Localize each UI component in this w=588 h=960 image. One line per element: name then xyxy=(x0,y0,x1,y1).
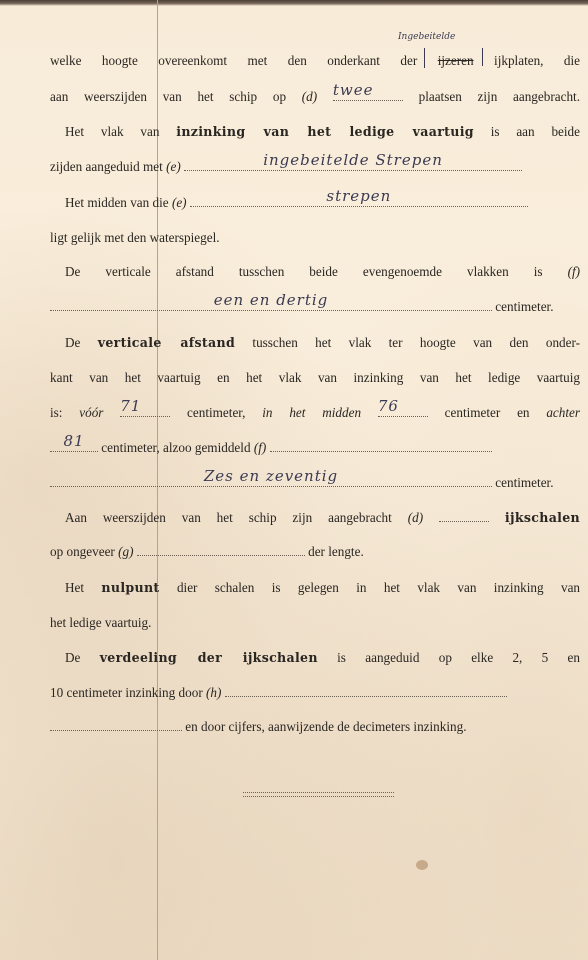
field-g-length[interactable] xyxy=(137,543,305,556)
text-line-3: Het vlak van inzinking van het ledige va… xyxy=(65,123,580,141)
field-f-average[interactable]: Zes en zeventig xyxy=(50,474,492,487)
text-line-5: Het midden van die (e) strepen xyxy=(65,194,588,212)
text-line-8: een en dertig centimeter. xyxy=(50,298,580,316)
text-line-11: is: vóór 71 centimeter, in het midden 76… xyxy=(50,404,580,422)
field-d-count[interactable]: twee xyxy=(333,88,403,101)
field-f-distance[interactable]: een en dertig xyxy=(50,298,492,311)
text-line-10: kant van het vaartuig en het vlak van in… xyxy=(50,369,580,387)
paper-stain xyxy=(416,860,428,870)
field-d-scales[interactable] xyxy=(439,509,489,522)
text-line-12: 81 centimeter, alzoo gemiddeld (f) xyxy=(50,439,580,457)
end-rule xyxy=(243,792,394,797)
struck-word: ijzeren xyxy=(438,53,474,68)
field-e-middle[interactable]: strepen xyxy=(190,194,528,207)
text-line-13: Zes en zeventig centimeter. xyxy=(50,474,580,492)
text-line-1: welke hoogte overeenkomt met den onderka… xyxy=(50,52,580,70)
text-line-7: De verticale afstand tusschen beide even… xyxy=(65,263,580,281)
field-f-average-start[interactable] xyxy=(270,439,492,452)
text-line-4: zijden aangeduid met (e) ingebeitelde St… xyxy=(50,158,580,176)
field-e-marking[interactable]: ingebeitelde Strepen xyxy=(184,158,522,171)
text-line-2: aan weerszijden van het schip op (d) twe… xyxy=(50,88,580,106)
field-h-division[interactable] xyxy=(225,684,507,697)
text-line-18: De verdeeling der ijkschalen is aangedui… xyxy=(65,649,580,667)
text-line-14: Aan weerszijden van het schip zijn aange… xyxy=(65,509,580,527)
field-h-division-cont[interactable] xyxy=(50,718,182,731)
handwritten-insertion: Ingebeitelde xyxy=(398,32,455,42)
field-back-depth[interactable]: 81 xyxy=(50,439,98,452)
text-line-15: op ongeveer (g) der lengte. xyxy=(50,543,580,561)
page-top-edge xyxy=(0,0,588,6)
field-front-depth[interactable]: 71 xyxy=(120,404,170,417)
text-line-9: De verticale afstand tusschen het vlak t… xyxy=(65,334,580,352)
text-line-19: 10 centimeter inzinking door (h) xyxy=(50,684,580,702)
text-line-16: Het nulpunt dier schalen is gelegen in h… xyxy=(65,579,580,597)
field-middle-depth[interactable]: 76 xyxy=(378,404,428,417)
text-line-20: en door cijfers, aanwijzende de decimete… xyxy=(50,718,580,736)
text-line-17: het ledige vaartuig. xyxy=(50,614,580,632)
document-page: Ingebeitelde welke hoogte overeenkomt me… xyxy=(0,0,588,960)
text-line-6: ligt gelijk met den waterspiegel. xyxy=(50,229,580,247)
